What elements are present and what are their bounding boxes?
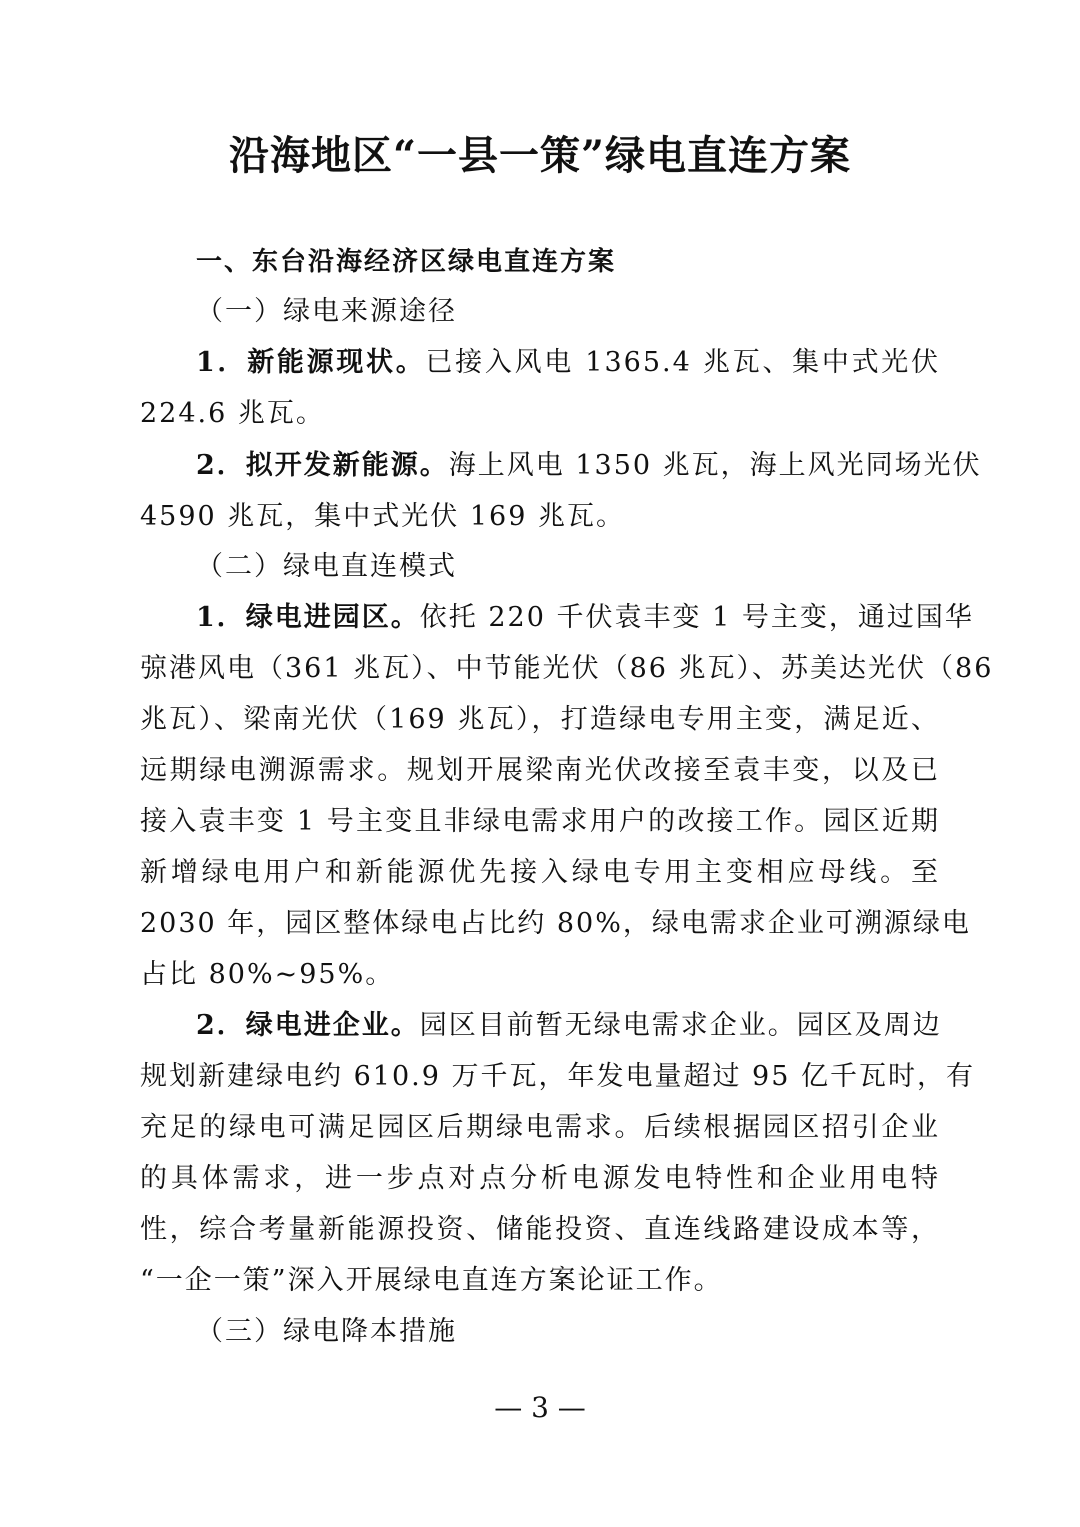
paragraph-line: 224.6 兆瓦。	[140, 394, 940, 434]
item-text: 已接入风电 1365.4 兆瓦、集中式光伏	[425, 347, 940, 378]
paragraph-line: 性，综合考量新能源投资、储能投资、直连线路建设成本等，	[140, 1210, 940, 1250]
paragraph-line: 接入袁丰变 1 号主变且非绿电需求用户的改接工作。园区近期	[140, 802, 940, 842]
subsection-heading-3: （三）绿电降本措施	[196, 1312, 940, 1352]
paragraph-line: 新增绿电用户和新能源优先接入绿电专用主变相应母线。至	[140, 853, 940, 893]
paragraph-line: 远期绿电溯源需求。规划开展梁南光伏改接至袁丰变，以及已	[140, 751, 940, 791]
item-text: 园区目前暂无绿电需求企业。园区及周边	[420, 1010, 942, 1041]
item-label: 2．拟开发新能源。	[196, 450, 449, 481]
paragraph-planned-new-energy: 2．拟开发新能源。海上风电 1350 兆瓦，海上风光同场光伏	[196, 446, 940, 486]
item-text: 海上风电 1350 兆瓦，海上风光同场光伏	[449, 450, 982, 481]
paragraph-line: 4590 兆瓦，集中式光伏 169 兆瓦。	[140, 497, 940, 537]
subsection-heading-1: （一）绿电来源途径	[196, 292, 940, 332]
subsection-heading-2: （二）绿电直连模式	[196, 547, 940, 587]
paragraph-new-energy-status: 1．新能源现状。已接入风电 1365.4 兆瓦、集中式光伏	[196, 343, 940, 383]
paragraph-line: 兆瓦）、梁南光伏（169 兆瓦），打造绿电专用主变，满足近、	[140, 700, 940, 740]
section-heading: 一、东台沿海经济区绿电直连方案	[196, 242, 940, 282]
item-label: 2．绿电进企业。	[196, 1010, 420, 1041]
paragraph-line: 占比 80%~95%。	[140, 955, 940, 995]
paragraph-line: 规划新建绿电约 610.9 万千瓦，年发电量超过 95 亿千瓦时，有	[140, 1057, 940, 1097]
item-label: 1．绿电进园区。	[196, 602, 420, 633]
page-number: — 3 —	[0, 1388, 1080, 1428]
paragraph-line: 的具体需求，进一步点对点分析电源发电特性和企业用电特	[140, 1159, 940, 1199]
paragraph-line: 充足的绿电可满足园区后期绿电需求。后续根据园区招引企业	[140, 1108, 940, 1148]
paragraph-line: 2030 年，园区整体绿电占比约 80%，绿电需求企业可溯源绿电	[140, 904, 940, 944]
paragraph-green-power-to-park: 1．绿电进园区。依托 220 千伏袁丰变 1 号主变，通过国华	[196, 598, 940, 638]
item-text: 依托 220 千伏袁丰变 1 号主变，通过国华	[420, 602, 974, 633]
item-label: 1．新能源现状。	[196, 347, 425, 378]
paragraph-green-power-to-enterprise: 2．绿电进企业。园区目前暂无绿电需求企业。园区及周边	[196, 1006, 940, 1046]
document-title: 沿海地区“一县一策”绿电直连方案	[0, 128, 1080, 184]
paragraph-line: “一企一策”深入开展绿电直连方案论证工作。	[140, 1261, 940, 1301]
paragraph-line: 弶港风电（361 兆瓦）、中节能光伏（86 兆瓦）、苏美达光伏（86	[140, 649, 940, 689]
